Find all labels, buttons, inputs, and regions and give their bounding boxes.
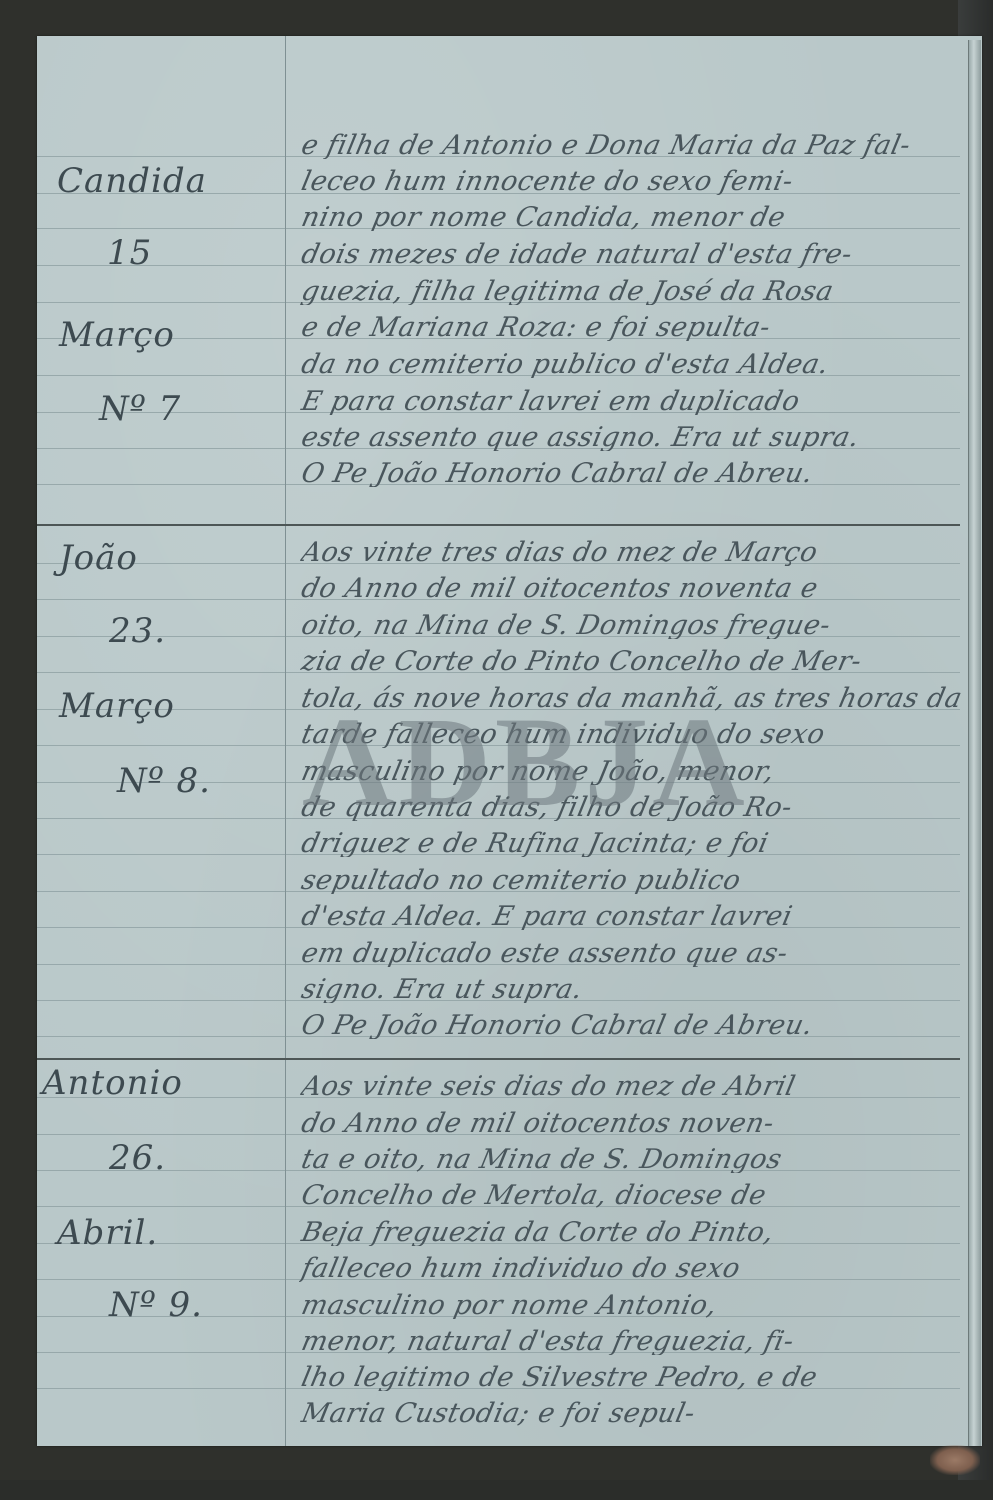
scanner-background-bottom <box>0 1480 993 1500</box>
entry-text-line: Beja freguezia da Corte do Pinto, <box>299 1219 965 1246</box>
entry-month: Março <box>59 318 289 352</box>
entry-text-line: falleceo hum individuo do sexo <box>299 1255 965 1282</box>
entry-text-line: e de Mariana Roza: e foi sepulta- <box>299 314 965 341</box>
entry-text-line: leceo hum innocente do sexo femi- <box>299 168 965 195</box>
entry-text-line: tola, ás nove horas da manhã, as tres ho… <box>299 685 965 712</box>
entry-text-line: E para constar lavrei em duplicado <box>299 388 965 415</box>
entry-divider <box>37 1058 960 1060</box>
entry-text-line: do Anno de mil oitocentos noven- <box>299 1110 965 1137</box>
entry-text-line: lho legitimo de Silvestre Pedro, e de <box>299 1364 965 1391</box>
entry-text-line: em duplicado este assento que as- <box>299 940 965 967</box>
entry-text-line: menor, natural d'esta freguezia, fi- <box>299 1328 965 1355</box>
entry-text-line: zia de Corte do Pinto Concelho de Mer- <box>299 648 965 675</box>
signature-line: O Pe João Honorio Cabral de Abreu. <box>299 1012 965 1039</box>
entry-text-line: Concelho de Mertola, diocese de <box>299 1182 965 1209</box>
entry-month: Março <box>59 689 289 723</box>
entry-text-line: ta e oito, na Mina de S. Domingos <box>299 1146 965 1173</box>
entry-text-line: d'esta Aldea. E para constar lavrei <box>299 903 965 930</box>
entry-name: Candida <box>57 164 287 198</box>
entry-text-line: de quarenta dias, filho de João Ro- <box>299 794 965 821</box>
entry-text-line: signo. Era ut supra. <box>299 976 965 1003</box>
entry-text-line: Maria Custodia; e foi sepul- <box>299 1400 965 1427</box>
entry-text-line: oito, na Mina de S. Domingos fregue- <box>299 612 965 639</box>
signature-line: O Pe João Honorio Cabral de Abreu. <box>299 460 965 487</box>
entry-text-line: do Anno de mil oitocentos noventa e <box>299 575 965 602</box>
register-page: Candida 15 Março Nº 7 e filha de Antonio… <box>37 36 982 1446</box>
entry-name: Antonio <box>42 1066 272 1100</box>
entry-text-line: e filha de Antonio e Dona Maria da Paz f… <box>299 132 965 159</box>
entry-text-line: masculino por nome Antonio, <box>299 1292 965 1319</box>
entry-divider <box>37 524 960 526</box>
entry-text-line: tarde falleceo hum individuo do sexo <box>299 721 965 748</box>
entry-text-line: nino por nome Candida, menor de <box>299 204 965 231</box>
entry-text-line: guezia, filha legitima de José da Rosa <box>299 278 965 305</box>
binding-stain <box>930 1445 980 1475</box>
entry-text-line: Aos vinte tres dias do mez de Março <box>299 539 965 566</box>
entry-name: João <box>59 541 289 575</box>
entry-text-line: da no cemiterio publico d'esta Aldea. <box>299 351 965 378</box>
entry-month: Abril. <box>57 1216 287 1250</box>
entry-text-line: este assento que assigno. Era ut supra. <box>299 424 965 451</box>
entry-text-line: masculino por nome João, menor, <box>299 758 965 785</box>
entry-text-line: Aos vinte seis dias do mez de Abril <box>299 1073 965 1100</box>
entry-text-line: sepultado no cemiterio publico <box>299 867 965 894</box>
entry-text-line: driguez e de Rufina Jacinta; e foi <box>299 830 965 857</box>
page-edge <box>968 40 981 1446</box>
entry-number: Nº 7 <box>99 392 329 426</box>
entry-text-line: dois mezes de idade natural d'esta fre- <box>299 241 965 268</box>
